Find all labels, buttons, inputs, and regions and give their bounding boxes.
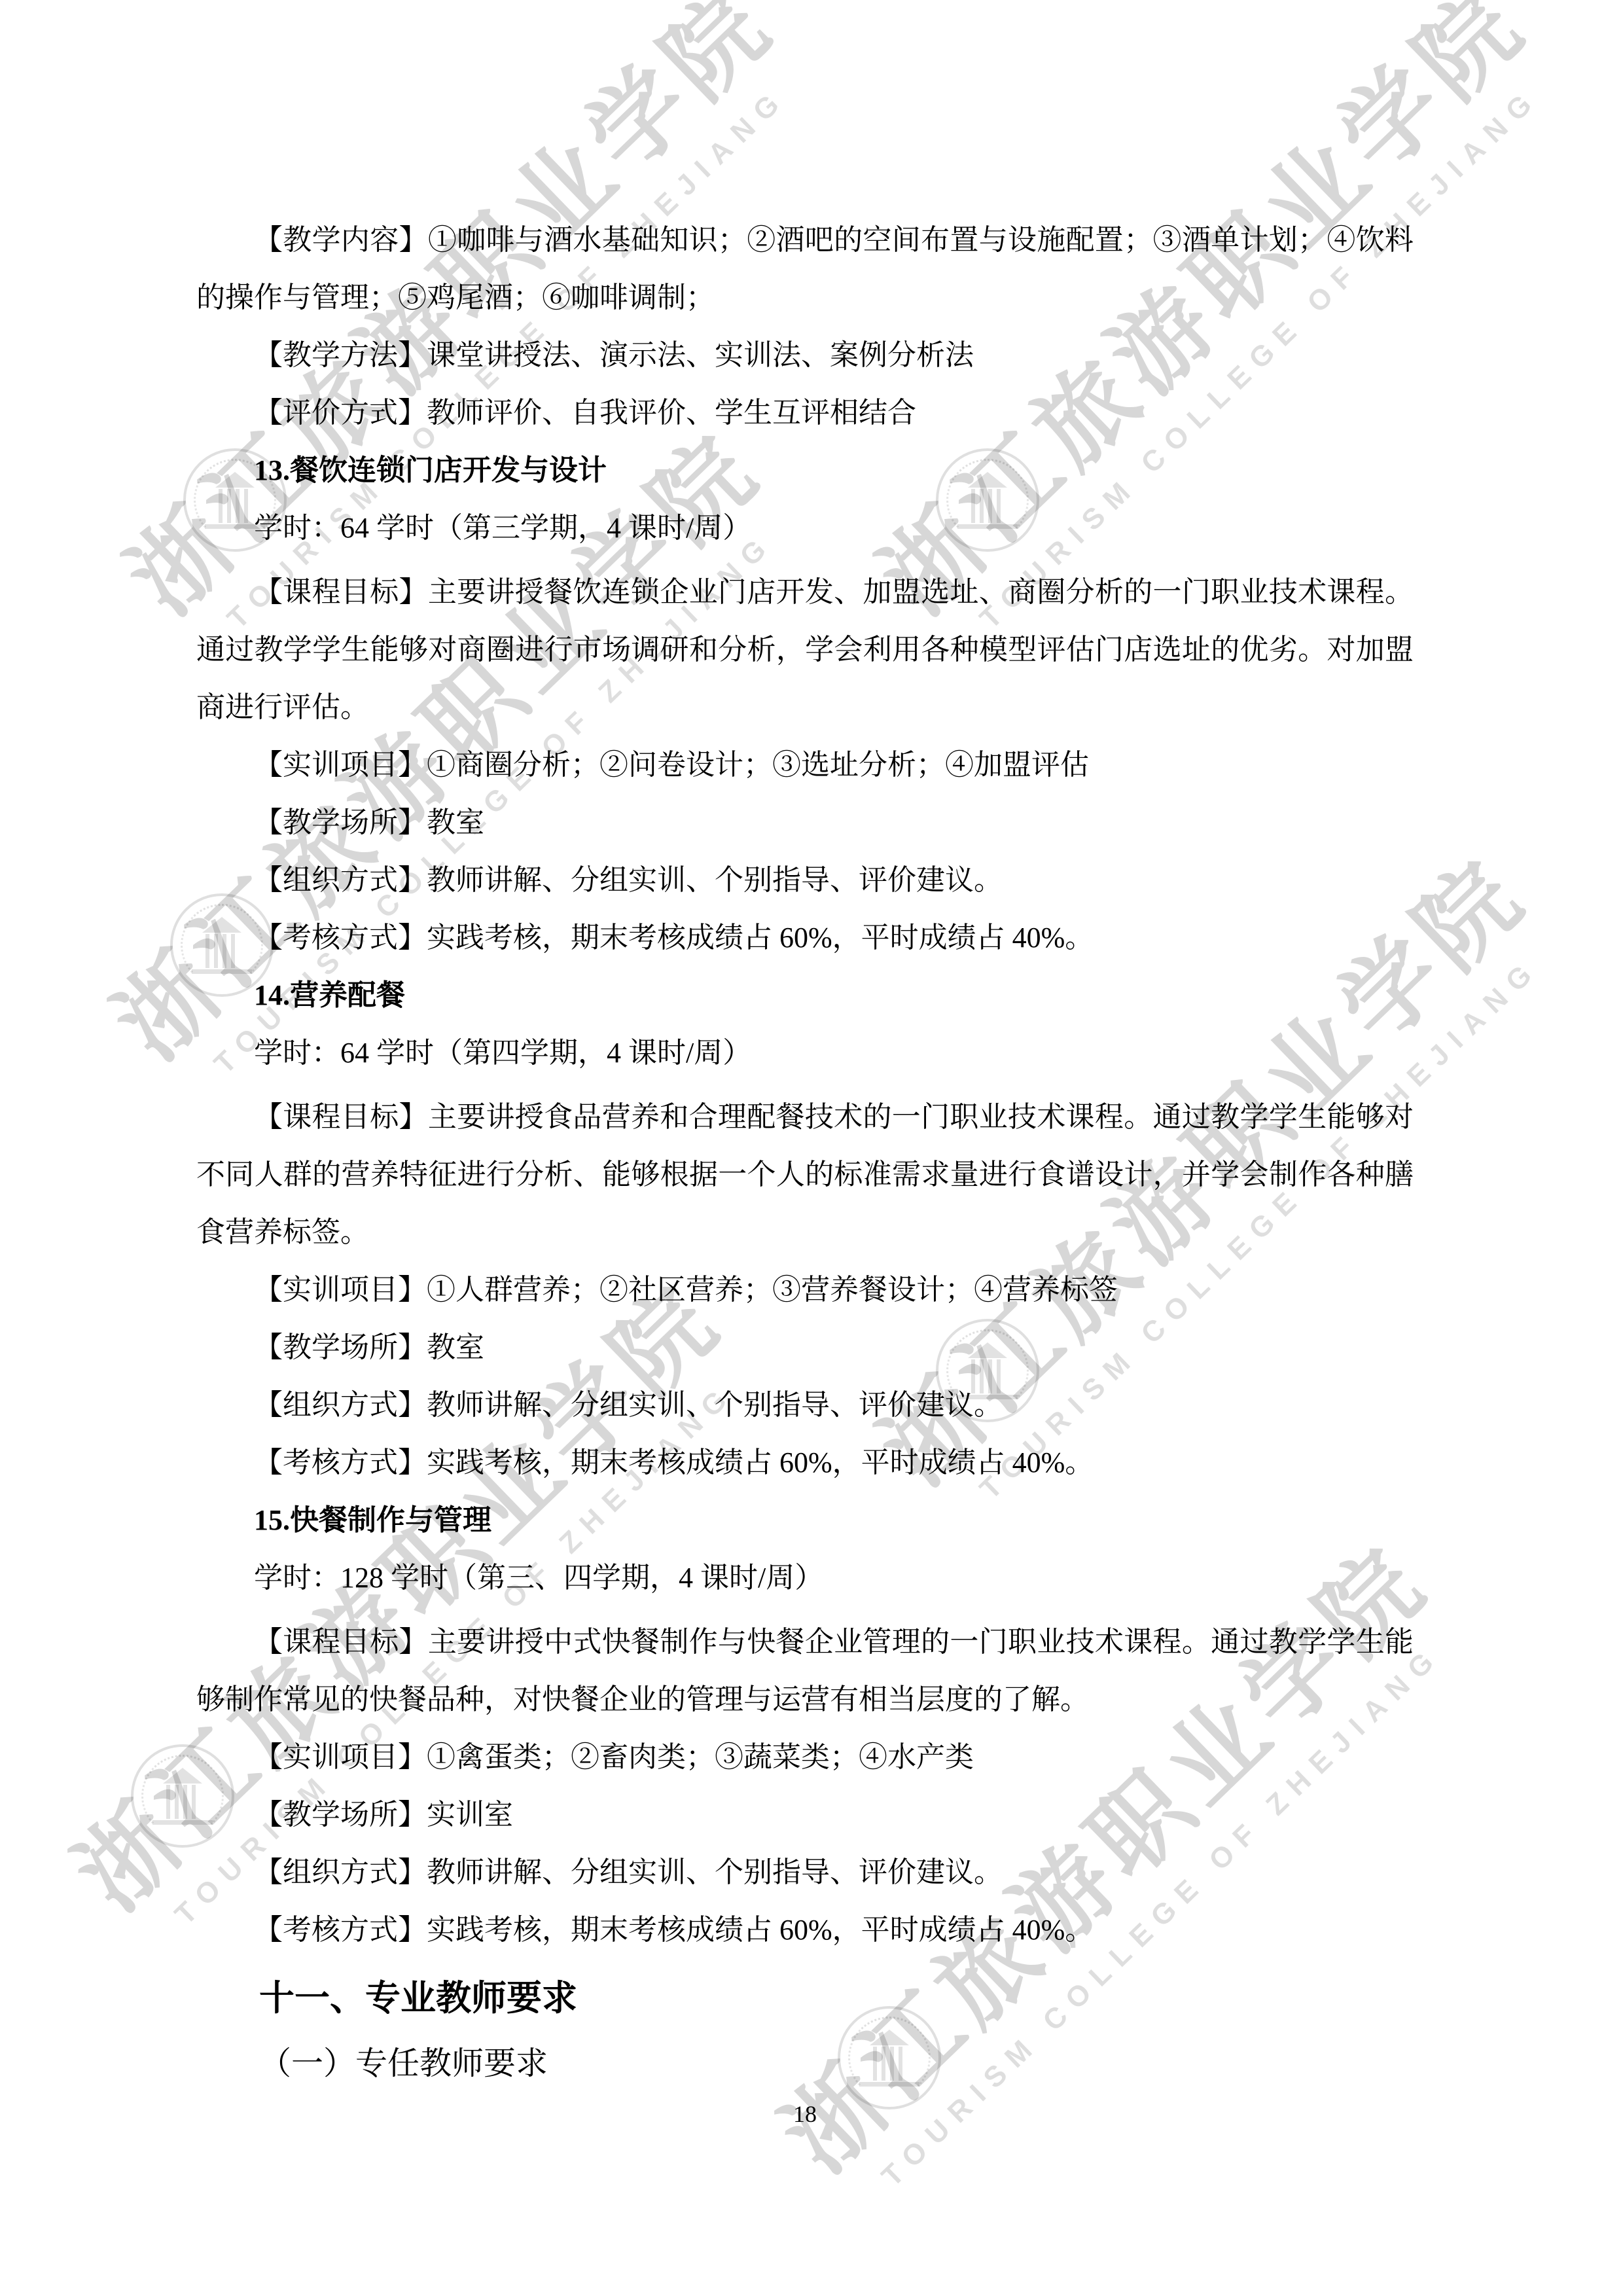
course-field-line: 【组织方式】教师讲解、分组实训、个别指导、评价建议。 (196, 1844, 1414, 1901)
field-text: 15.快餐制作与管理 (254, 1504, 491, 1536)
field-text: ①人群营养；②社区营养；③营养餐设计；④营养标签 (427, 1274, 1118, 1306)
field-text: 学时：64 学时（第三学期，4 课时/周） (254, 512, 751, 544)
field-text: 实践考核，期末考核成绩占 60%，平时成绩占 40%。 (427, 1914, 1094, 1946)
field-label: 【教学方法】 (254, 339, 427, 371)
field-text: 教师讲解、分组实训、个别指导、评价建议。 (427, 864, 1003, 896)
field-text: 学时：64 学时（第四学期，4 课时/周） (254, 1037, 751, 1069)
course-field-line: 【实训项目】①商圈分析；②问卷设计；③选址分析；④加盟评估 (196, 736, 1414, 794)
field-text: 教室 (427, 1331, 484, 1363)
field-label: 【教学场所】 (254, 806, 427, 838)
field-text: 实践考核，期末考核成绩占 60%，平时成绩占 40%。 (427, 922, 1094, 954)
field-text: （一）专任教师要求 (259, 2045, 548, 2081)
field-label: 【教学场所】 (254, 1331, 427, 1363)
course-field-line: 【实训项目】①人群营养；②社区营养；③营养餐设计；④营养标签 (196, 1261, 1414, 1319)
course-field-line: 【组织方式】教师讲解、分组实训、个别指导、评价建议。 (196, 852, 1414, 909)
field-label: 【组织方式】 (254, 1856, 427, 1888)
course-field-line: 【组织方式】教师讲解、分组实训、个别指导、评价建议。 (196, 1376, 1414, 1434)
field-label: 【实训项目】 (254, 1274, 427, 1306)
field-text: 教室 (427, 806, 484, 838)
course-field-line: 【教学场所】实训室 (196, 1786, 1414, 1844)
field-text: 教师评价、自我评价、学生互评相结合 (427, 397, 916, 429)
field-text: 实训室 (427, 1799, 513, 1831)
field-text: 实践考核，期末考核成绩占 60%，平时成绩占 40%。 (427, 1446, 1094, 1479)
field-label: 【教学场所】 (254, 1799, 427, 1831)
course-field-line: 【考核方式】实践考核，期末考核成绩占 60%，平时成绩占 40%。 (196, 1434, 1414, 1492)
course-field-line: 【教学内容】①咖啡与酒水基础知识；②酒吧的空间布置与设施配置；③酒单计划；④饮料… (196, 211, 1414, 327)
course-field-line: 【评价方式】教师评价、自我评价、学生互评相结合 (196, 384, 1414, 442)
field-text: 14.营养配餐 (254, 979, 405, 1011)
field-text: 教师讲解、分组实训、个别指导、评价建议。 (427, 1856, 1003, 1888)
course-title: 15.快餐制作与管理 (196, 1492, 1414, 1549)
course-objective-paragraph: 【课程目标】主要讲授餐饮连锁企业门店开发、加盟选址、商圈分析的一门职业技术课程。… (196, 564, 1414, 736)
course-field-line: 【教学方法】课堂讲授法、演示法、实训法、案例分析法 (196, 327, 1414, 384)
field-label: 【课程目标】 (254, 1101, 428, 1133)
field-text: ①商圈分析；②问卷设计；③选址分析；④加盟评估 (427, 749, 1089, 781)
course-field-line: 【实训项目】①禽蛋类；②畜肉类；③蔬菜类；④水产类 (196, 1729, 1414, 1786)
course-field-line: 【教学场所】教室 (196, 794, 1414, 852)
field-label: 【实训项目】 (254, 1741, 427, 1773)
document-page: 浙江旅游职业学院TOURISM COLLEGE OF ZHEJIANG浙江旅游职… (0, 0, 1623, 2296)
page-footer: 18 (196, 2098, 1414, 2130)
field-text: ①禽蛋类；②畜肉类；③蔬菜类；④水产类 (427, 1741, 974, 1773)
document-body: 【教学内容】①咖啡与酒水基础知识；②酒吧的空间布置与设施配置；③酒单计划；④饮料… (196, 211, 1414, 2095)
seal-tower-icon (166, 1785, 199, 1819)
subsection-heading: （一）专任教师要求 (196, 2032, 1414, 2095)
field-label: 【评价方式】 (254, 397, 427, 429)
course-hours-line: 学时：64 学时（第三学期，4 课时/周） (196, 499, 1414, 557)
course-objective-paragraph: 【课程目标】主要讲授中式快餐制作与快餐企业管理的一门职业技术课程。通过教学学生能… (196, 1613, 1414, 1729)
course-field-line: 【考核方式】实践考核，期末考核成绩占 60%，平时成绩占 40%。 (196, 1901, 1414, 1959)
field-text: 十一、专业教师要求 (259, 1979, 577, 2018)
course-objective-paragraph: 【课程目标】主要讲授食品营养和合理配餐技术的一门职业技术课程。通过教学学生能够对… (196, 1088, 1414, 1261)
field-label: 【组织方式】 (254, 1389, 427, 1421)
field-text: 13.餐饮连锁门店开发与设计 (254, 454, 607, 486)
field-text: 教师讲解、分组实训、个别指导、评价建议。 (427, 1389, 1003, 1421)
page-number: 18 (793, 2101, 817, 2127)
course-field-line: 【考核方式】实践考核，期末考核成绩占 60%，平时成绩占 40%。 (196, 909, 1414, 967)
course-hours-line: 学时：64 学时（第四学期，4 课时/周） (196, 1024, 1414, 1082)
section-heading: 十一、专业教师要求 (196, 1964, 1414, 2032)
field-label: 【教学内容】 (254, 224, 428, 256)
field-text: 课堂讲授法、演示法、实训法、案例分析法 (427, 339, 974, 371)
field-label: 【实训项目】 (254, 749, 427, 781)
course-title: 14.营养配餐 (196, 967, 1414, 1024)
course-title: 13.餐饮连锁门店开发与设计 (196, 442, 1414, 499)
field-label: 【考核方式】 (254, 1914, 427, 1946)
course-field-line: 【教学场所】教室 (196, 1319, 1414, 1376)
field-text: 学时：128 学时（第三、四学期，4 课时/周） (254, 1562, 823, 1594)
field-label: 【组织方式】 (254, 864, 427, 896)
field-label: 【课程目标】 (254, 576, 428, 608)
field-label: 【课程目标】 (254, 1626, 428, 1658)
course-hours-line: 学时：128 学时（第三、四学期，4 课时/周） (196, 1549, 1414, 1607)
field-label: 【考核方式】 (254, 1446, 427, 1479)
field-label: 【考核方式】 (254, 922, 427, 954)
